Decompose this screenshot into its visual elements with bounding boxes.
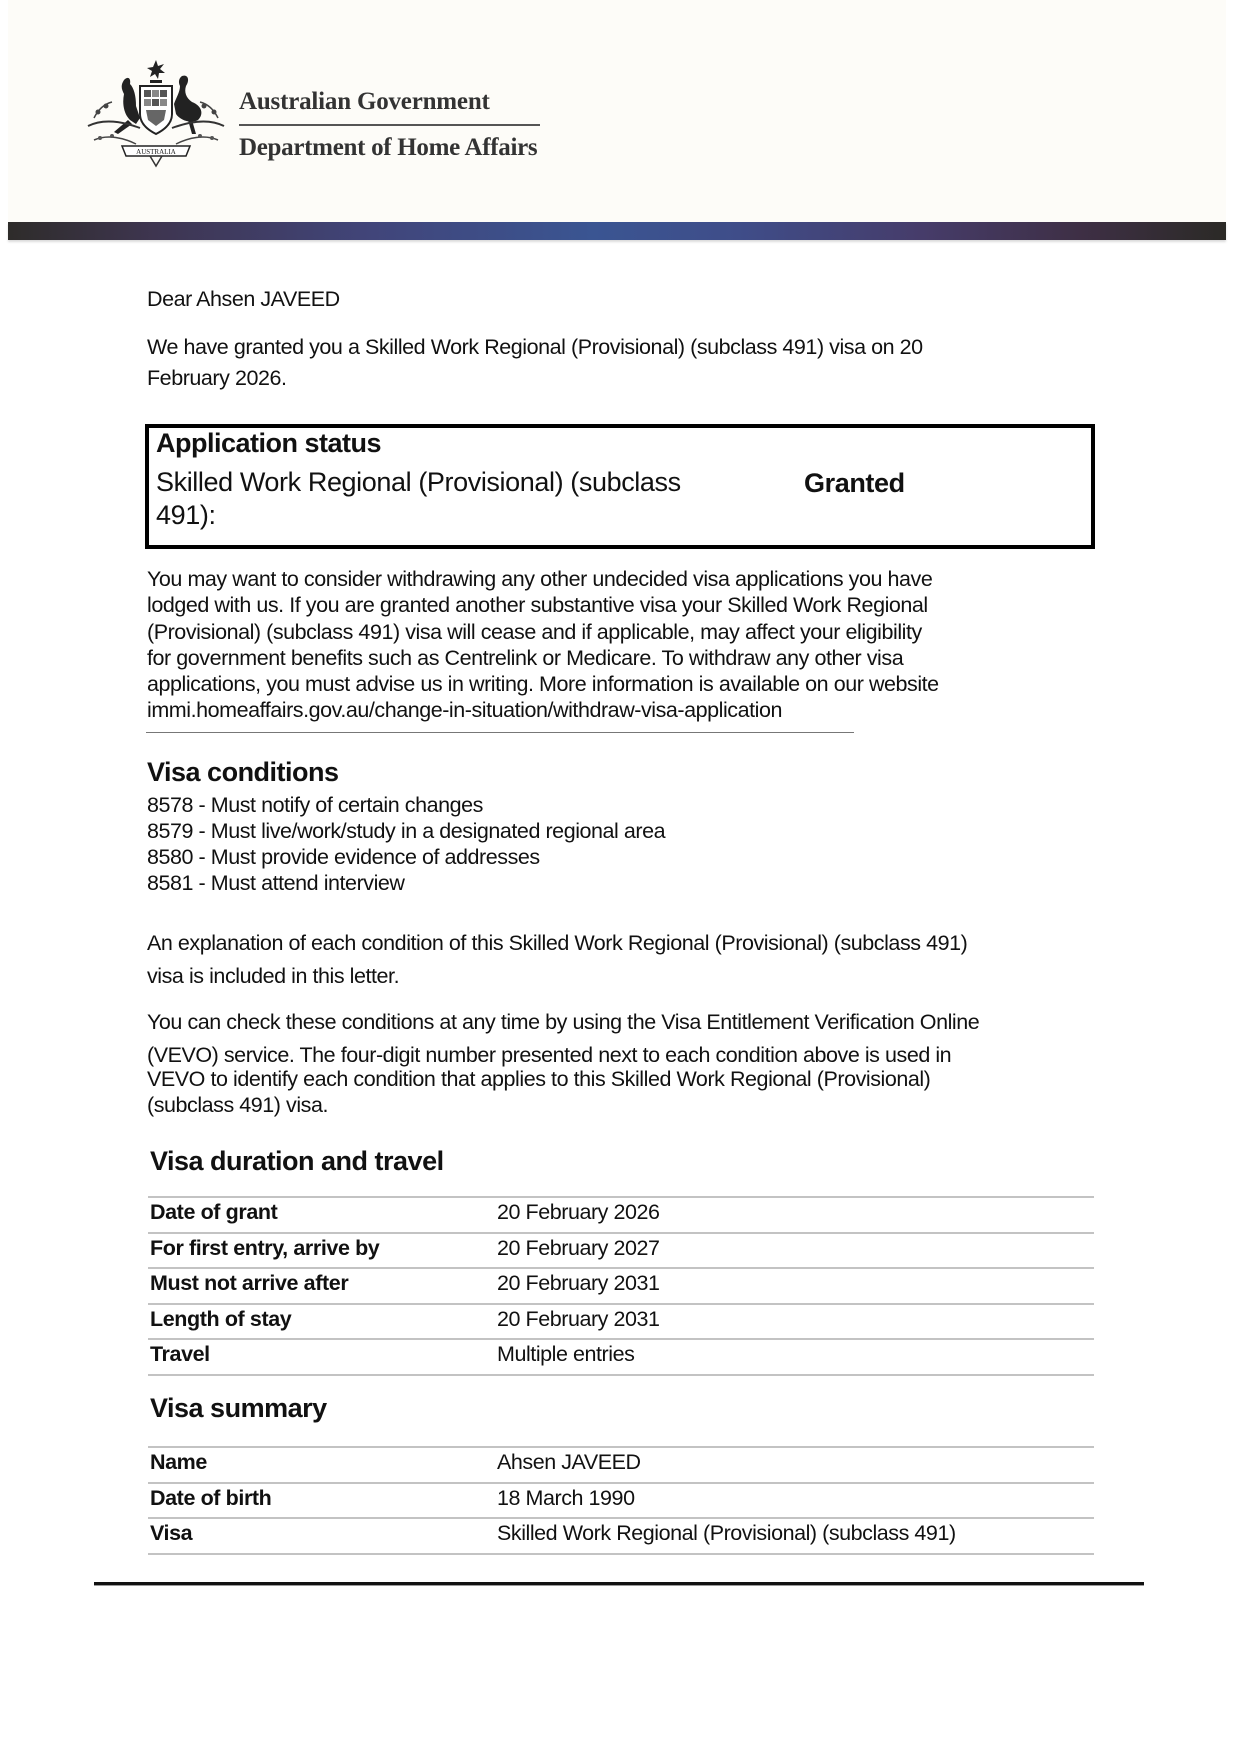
grant-line: February 2026. (147, 363, 923, 394)
paragraph-line: (Provisional) (subclass 491) visa will c… (147, 619, 939, 645)
grant-paragraph: We have granted you a Skilled Work Regio… (147, 332, 923, 394)
row-label: Date of birth (150, 1486, 271, 1511)
condition-item: 8579 - Must live/work/study in a designa… (147, 818, 665, 844)
table-row: Date of grant20 February 2026 (148, 1196, 1094, 1232)
row-value: 20 February 2031 (497, 1307, 660, 1332)
footer-divider (94, 1582, 1144, 1585)
row-label: Travel (150, 1342, 210, 1367)
header-color-band (8, 222, 1226, 240)
table-row: NameAhsen JAVEED (148, 1446, 1094, 1482)
table-row: VisaSkilled Work Regional (Provisional) … (148, 1517, 1094, 1553)
paragraph-line: (VEVO) service. The four-digit number pr… (147, 1039, 979, 1066)
row-value: Multiple entries (497, 1342, 634, 1367)
row-value: 20 February 2027 (497, 1236, 660, 1261)
table-bottom-rule (148, 1374, 1094, 1376)
row-value: 20 February 2026 (497, 1200, 660, 1225)
visa-summary-table: NameAhsen JAVEEDDate of birth18 March 19… (148, 1446, 1094, 1555)
application-status-box: Application status Skilled Work Regional… (145, 424, 1095, 549)
withdraw-application-link[interactable]: immi.homeaffairs.gov.au/change-in-situat… (147, 697, 939, 723)
table-row: Length of stay20 February 2031 (148, 1303, 1094, 1339)
paragraph-line: VEVO to identify each condition that app… (147, 1066, 979, 1093)
paragraph-line: You can check these conditions at any ti… (147, 1006, 979, 1039)
row-label: For first entry, arrive by (150, 1236, 379, 1261)
link-underline (146, 732, 854, 733)
brand-department: Department of Home Affairs (239, 134, 537, 162)
withdraw-paragraph: You may want to consider withdrawing any… (147, 566, 939, 724)
row-label: Must not arrive after (150, 1271, 348, 1296)
row-label: Visa (150, 1521, 192, 1546)
row-value: Ahsen JAVEED (497, 1450, 641, 1475)
brand-australian-government: Australian Government (239, 88, 490, 116)
paragraph-line: visa is included in this letter. (147, 960, 967, 993)
row-value: 18 March 1990 (497, 1486, 635, 1511)
paragraph-line: You may want to consider withdrawing any… (147, 566, 939, 592)
visa-summary-heading: Visa summary (150, 1393, 327, 1424)
svg-text:AUSTRALIA: AUSTRALIA (136, 148, 176, 156)
visa-duration-table: Date of grant20 February 2026For first e… (148, 1196, 1094, 1376)
conditions-explanation: An explanation of each condition of this… (147, 927, 967, 993)
table-bottom-rule (148, 1553, 1094, 1555)
paragraph-line: for government benefits such as Centreli… (147, 645, 939, 671)
vevo-paragraph: You can check these conditions at any ti… (147, 1006, 979, 1119)
row-value: Skilled Work Regional (Provisional) (sub… (497, 1521, 956, 1546)
status-box-title: Application status (156, 428, 381, 459)
status-visa-line: 491): (156, 499, 681, 532)
condition-item: 8580 - Must provide evidence of addresse… (147, 844, 665, 870)
conditions-list: 8578 - Must notify of certain changes 85… (147, 792, 665, 896)
status-visa-name: Skilled Work Regional (Provisional) (sub… (156, 466, 681, 532)
paragraph-line: lodged with us. If you are granted anoth… (147, 592, 939, 618)
condition-item: 8581 - Must attend interview (147, 870, 665, 896)
row-label: Date of grant (150, 1200, 277, 1225)
visa-duration-heading: Visa duration and travel (150, 1146, 444, 1177)
coat-of-arms-icon: AUSTRALIA (84, 58, 228, 168)
table-row: Must not arrive after20 February 2031 (148, 1267, 1094, 1303)
condition-item: 8578 - Must notify of certain changes (147, 792, 665, 818)
status-badge: Granted (804, 468, 905, 499)
table-row: For first entry, arrive by20 February 20… (148, 1232, 1094, 1268)
table-row: Date of birth18 March 1990 (148, 1482, 1094, 1518)
paragraph-line: (subclass 491) visa. (147, 1092, 979, 1119)
salutation: Dear Ahsen JAVEED (147, 286, 340, 313)
paragraph-line: applications, you must advise us in writ… (147, 671, 939, 697)
paragraph-line: An explanation of each condition of this… (147, 927, 967, 960)
grant-line: We have granted you a Skilled Work Regio… (147, 332, 923, 363)
status-visa-line: Skilled Work Regional (Provisional) (sub… (156, 466, 681, 499)
letterhead: AUSTRALIA Australian Government Departme… (8, 0, 1226, 222)
row-label: Length of stay (150, 1307, 291, 1332)
table-row: TravelMultiple entries (148, 1338, 1094, 1374)
row-label: Name (150, 1450, 207, 1475)
row-value: 20 February 2031 (497, 1271, 660, 1296)
brand-divider (239, 124, 540, 126)
visa-conditions-heading: Visa conditions (147, 757, 339, 788)
